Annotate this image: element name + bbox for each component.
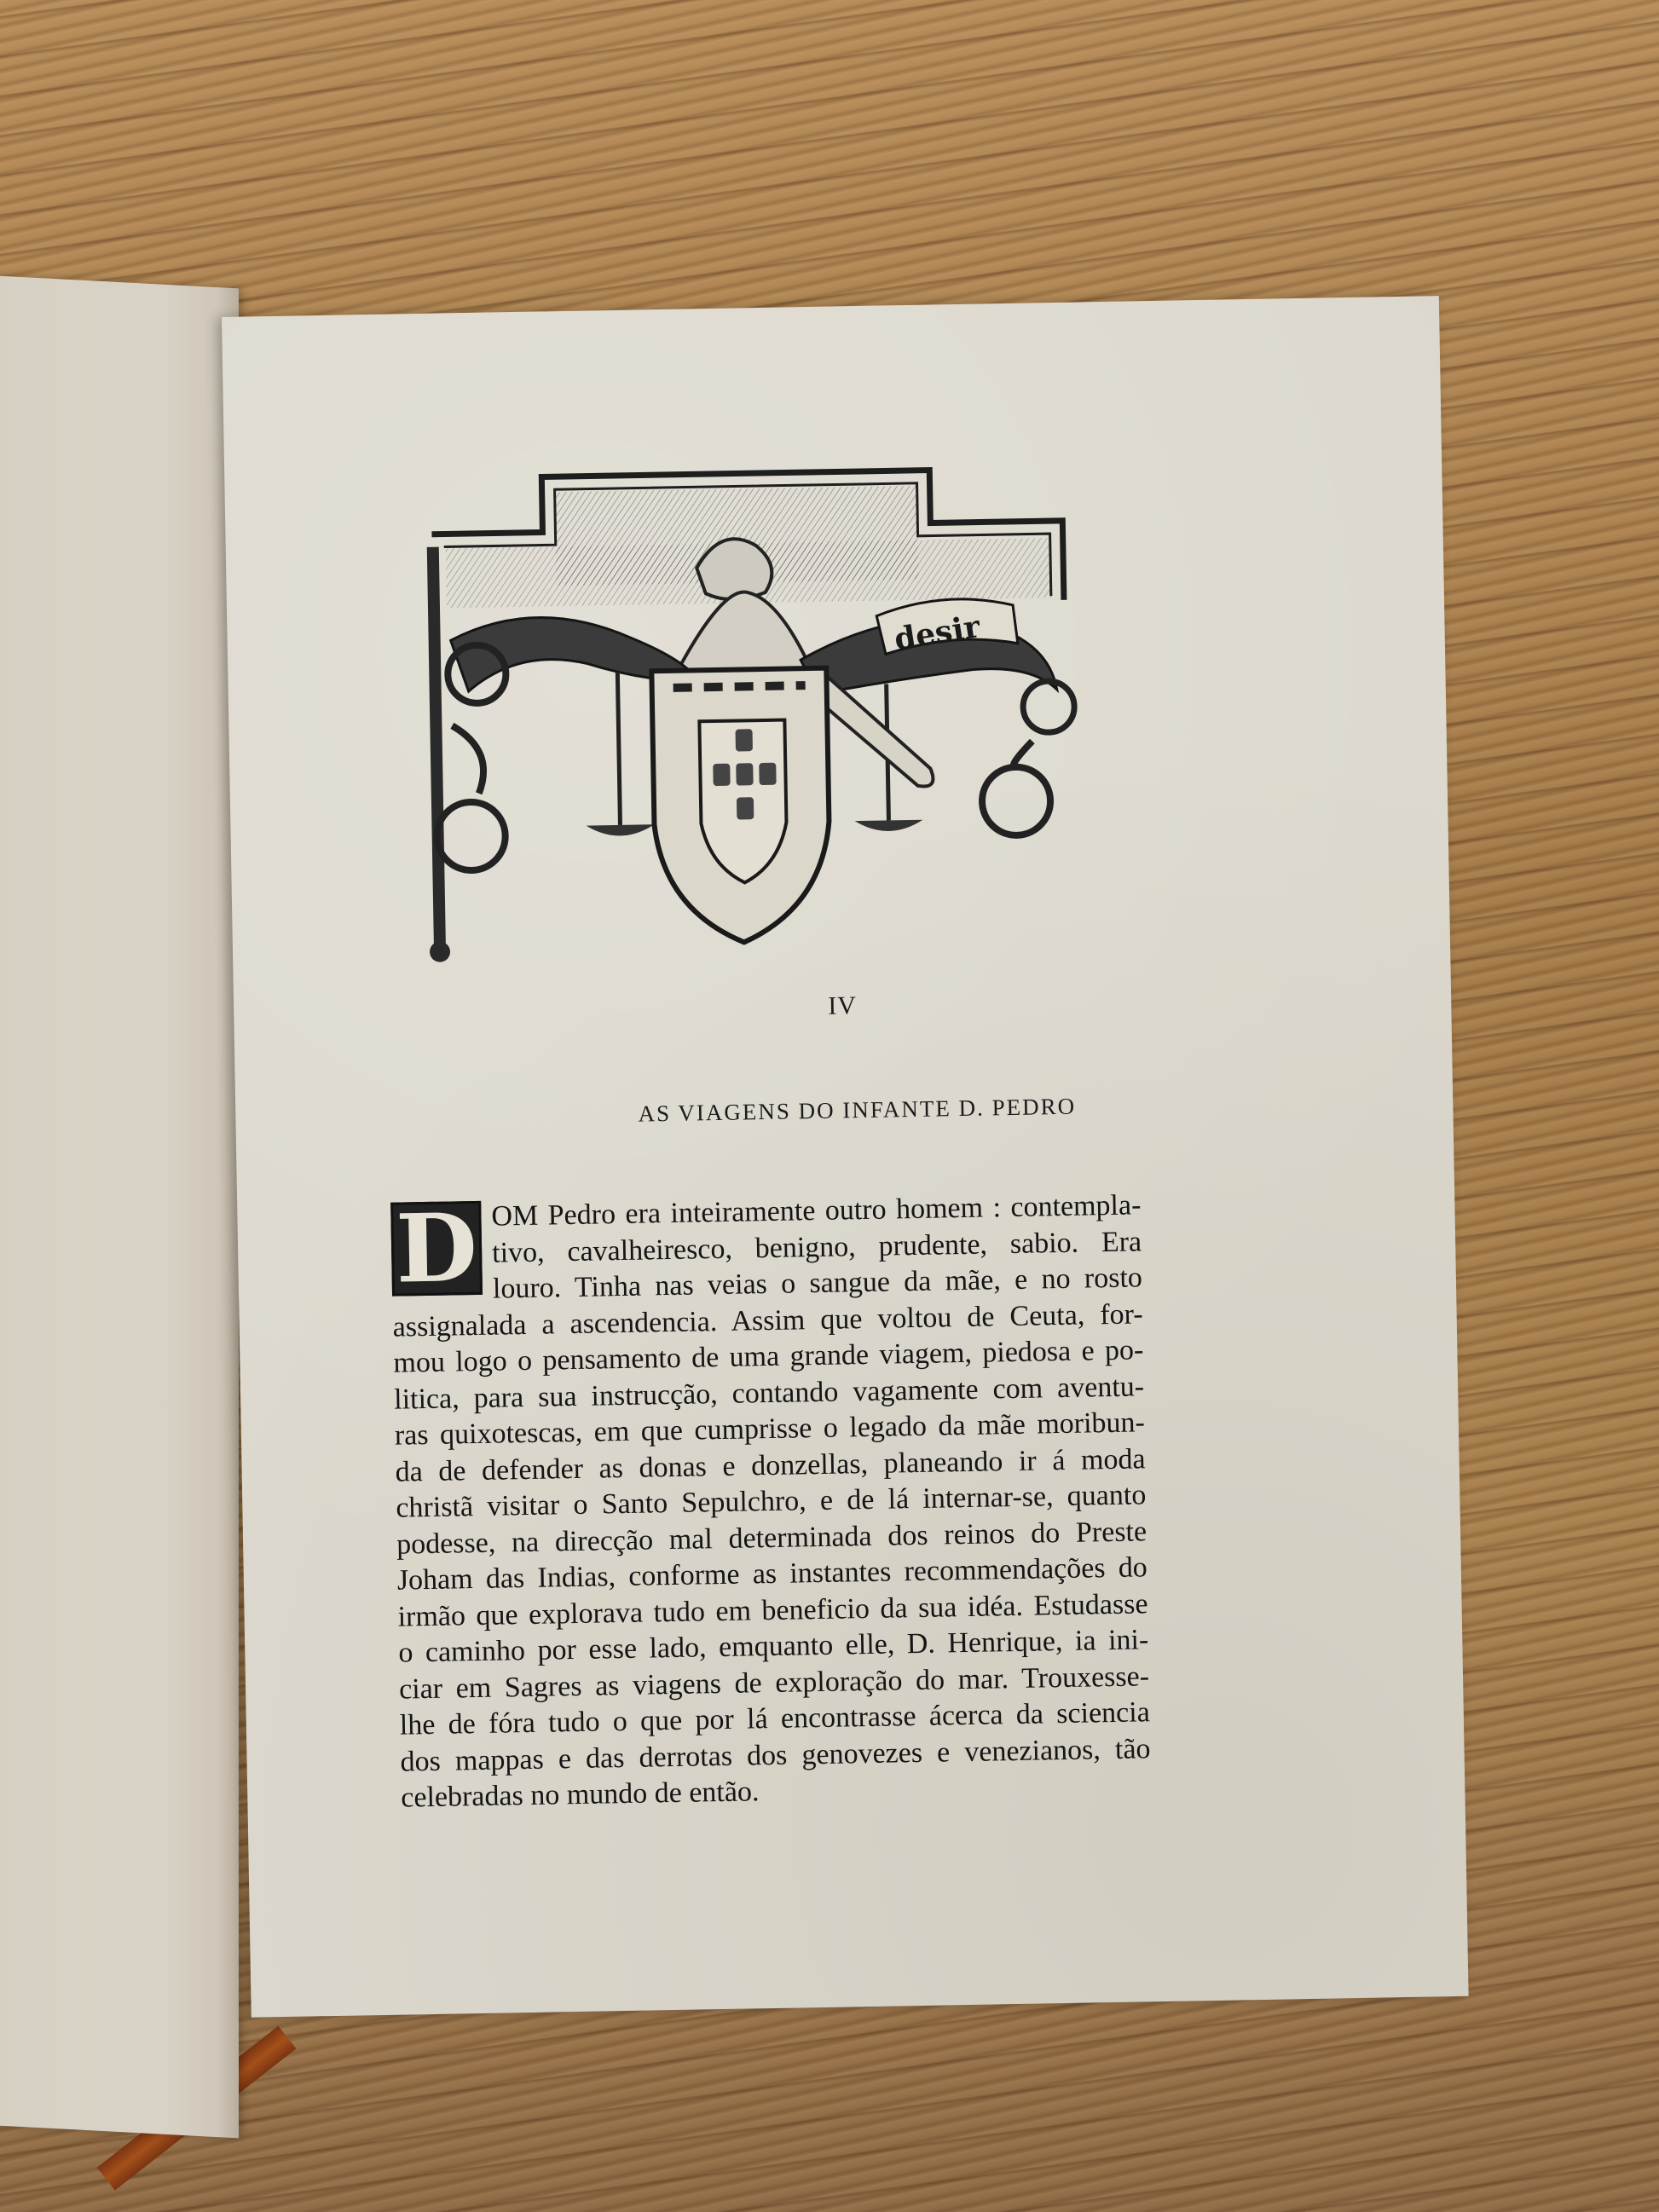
heraldic-ornament-icon: desir xyxy=(413,459,1087,965)
left-page xyxy=(0,274,239,2139)
chapter-title: AS VIAGENS DO INFANTE D. PEDRO xyxy=(235,1087,1453,1135)
chapter-number: IV xyxy=(234,981,1451,1031)
chapter-body-paragraph: OM Pedro era inteiramente outro homem : … xyxy=(390,1187,1151,1816)
right-page: desir IV AS VIAGENS DO INFANTE D. PEDRO … xyxy=(222,296,1469,2018)
